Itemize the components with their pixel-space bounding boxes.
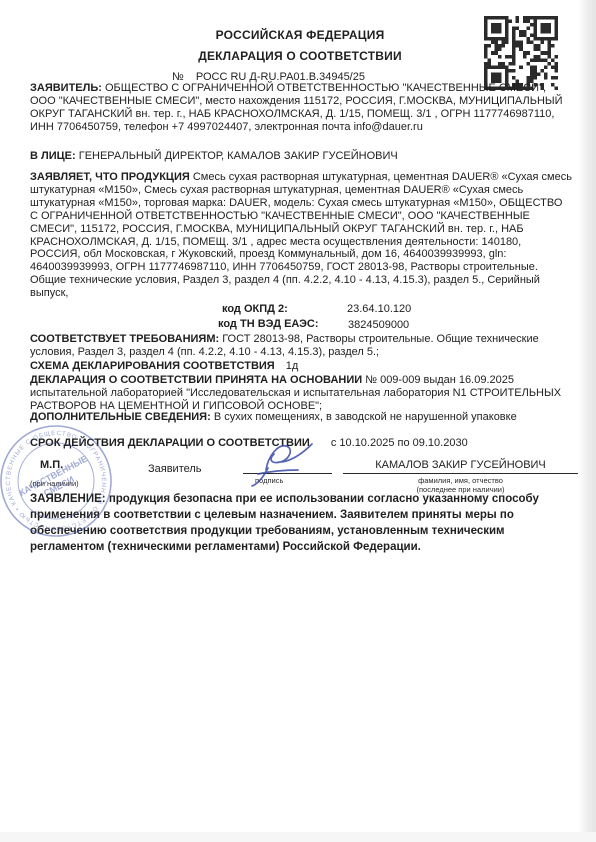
name-caption-1: фамилия, имя, отчество [343, 476, 578, 485]
scheme-line: СХЕМА ДЕКЛАРИРОВАНИЯ СООТВЕТСТВИЯ 1д [30, 360, 572, 373]
declaration-document: РОССИЙСКАЯ ФЕДЕРАЦИЯ ДЕКЛАРАЦИЯ О СООТВЕ… [0, 0, 596, 842]
additional-text: В сухих помещениях, в заводской не наруш… [214, 411, 517, 423]
header-country: РОССИЙСКАЯ ФЕДЕРАЦИЯ [30, 28, 570, 42]
product-text: Смесь сухая растворная штукатурная, цеме… [30, 171, 572, 299]
applicant-text: ОБЩЕСТВО С ОГРАНИЧЕННОЙ ОТВЕТСТВЕННОСТЬЮ… [30, 82, 563, 133]
applicant-paragraph: ЗАЯВИТЕЛЬ: ОБЩЕСТВО С ОГРАНИЧЕННОЙ ОТВЕТ… [30, 82, 572, 134]
person-text: ГЕНЕРАЛЬНЫЙ ДИРЕКТОР, КАМАЛОВ ЗАКИР ГУСЕ… [79, 150, 398, 162]
person-label: В ЛИЦЕ: [30, 150, 76, 162]
basis-label: ДЕКЛАРАЦИЯ О СООТВЕТСТВИИ ПРИНЯТА НА ОСН… [30, 374, 362, 386]
scan-edge-bottom [0, 832, 596, 842]
signatory-name: КАМАЛОВ ЗАКИР ГУСЕЙНОВИЧ [343, 459, 578, 472]
person-line: В ЛИЦЕ: ГЕНЕРАЛЬНЫЙ ДИРЕКТОР, КАМАЛОВ ЗА… [30, 150, 572, 163]
applicant-label: ЗАЯВИТЕЛЬ: [30, 82, 102, 94]
scan-edge-right [578, 0, 596, 842]
tnved-code-label: код ТН ВЭД ЕАЭС: [218, 318, 319, 331]
scheme-label: СХЕМА ДЕКЛАРИРОВАНИЯ СООТВЕТСТВИЯ [30, 360, 275, 372]
name-line [343, 473, 578, 474]
product-paragraph: ЗАЯВЛЯЕТ, ЧТО ПРОДУКЦИЯ Смесь сухая раст… [30, 171, 572, 300]
conformity-label: СООТВЕТСТВУЕТ ТРЕБОВАНИЯМ: [30, 333, 219, 345]
product-label: ЗАЯВЛЯЕТ, ЧТО ПРОДУКЦИЯ [30, 171, 190, 183]
tnved-code-value: 3824509000 [348, 319, 409, 332]
applicant-role-label: Заявитель [148, 463, 202, 476]
scheme-value: 1д [278, 360, 299, 372]
company-round-stamp-icon: ОБЩЕСТВО С ОГРАНИЧЕННОЙ ОТВЕТСТВЕННОСТЬЮ… [0, 419, 118, 543]
basis-paragraph: ДЕКЛАРАЦИЯ О СООТВЕТСТВИИ ПРИНЯТА НА ОСН… [30, 374, 572, 413]
okpd-code-value: 23.64.10.120 [347, 303, 411, 316]
okpd-code-label: код ОКПД 2: [222, 303, 288, 316]
header-doc-type: ДЕКЛАРАЦИЯ О СООТВЕТСТВИИ [30, 49, 570, 63]
handwritten-signature-icon [238, 440, 348, 488]
conformity-paragraph: СООТВЕТСТВУЕТ ТРЕБОВАНИЯМ: ГОСТ 28013-98… [30, 333, 572, 359]
